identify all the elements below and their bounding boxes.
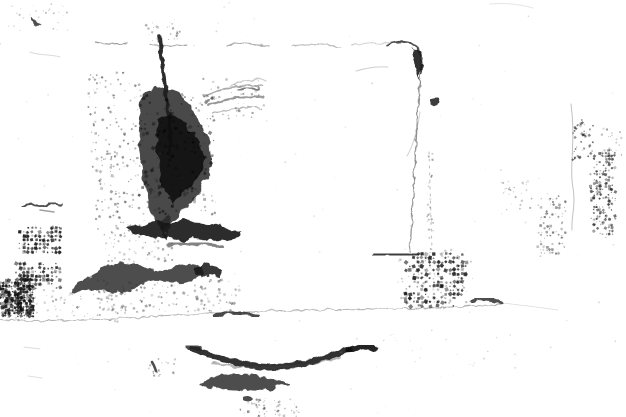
faint-diagonal <box>356 67 388 71</box>
wave-band <box>70 263 202 292</box>
global-noise <box>0 2 616 414</box>
faint-bottom-left-1 <box>24 347 40 349</box>
smear-under <box>168 243 222 247</box>
wisp-dark <box>238 88 258 90</box>
brush-strokes-layer <box>0 4 574 402</box>
wisp-2 <box>208 96 264 105</box>
stroke-top-speckles <box>145 19 181 43</box>
arc-main <box>192 349 350 367</box>
frame-right-edge <box>410 72 420 252</box>
bold-dash <box>374 254 418 255</box>
frame-right-inner-line <box>429 152 432 250</box>
frame-bottom-curve <box>407 112 420 156</box>
frame-corner-wedge <box>413 47 423 80</box>
bold-smear <box>126 221 241 240</box>
crosshatch-blob-2 <box>14 261 63 290</box>
right-mid-blob <box>431 98 440 106</box>
smudge-below-arc <box>197 374 289 391</box>
grunge-texture-image <box>0 0 626 417</box>
right-cross-cluster <box>403 252 468 310</box>
scribble-left <box>24 203 62 206</box>
left-arc-tick <box>152 362 156 371</box>
right-streak-2 <box>536 195 567 257</box>
hairline-right-tail <box>502 303 558 310</box>
top-edge-wisp <box>490 4 533 9</box>
top-left-speckles <box>8 3 68 31</box>
faint-left-streak <box>30 52 60 57</box>
texture-svg <box>0 0 626 417</box>
right-slant-dots <box>571 119 594 161</box>
right-sparse <box>501 180 533 210</box>
right-streak-dense <box>589 149 617 238</box>
frame-top-segment-3 <box>292 44 340 47</box>
halo-left-of-mass <box>87 71 143 168</box>
frame-top-segment-1 <box>150 44 186 46</box>
right-hairline <box>571 104 574 230</box>
arc-right-cap <box>348 346 374 351</box>
band-smear <box>214 313 258 316</box>
frame-top-segment-0 <box>96 42 128 44</box>
crosshatch-blob-1 <box>18 225 62 254</box>
faint-bottom-left-2 <box>28 376 42 378</box>
scribble-left-under <box>40 210 54 212</box>
wisp-1 <box>204 85 262 96</box>
speckles-layer <box>0 2 623 417</box>
small-mark-below <box>243 396 253 401</box>
dark-dash-right <box>472 299 502 303</box>
frame-top-segment-2 <box>228 43 268 46</box>
